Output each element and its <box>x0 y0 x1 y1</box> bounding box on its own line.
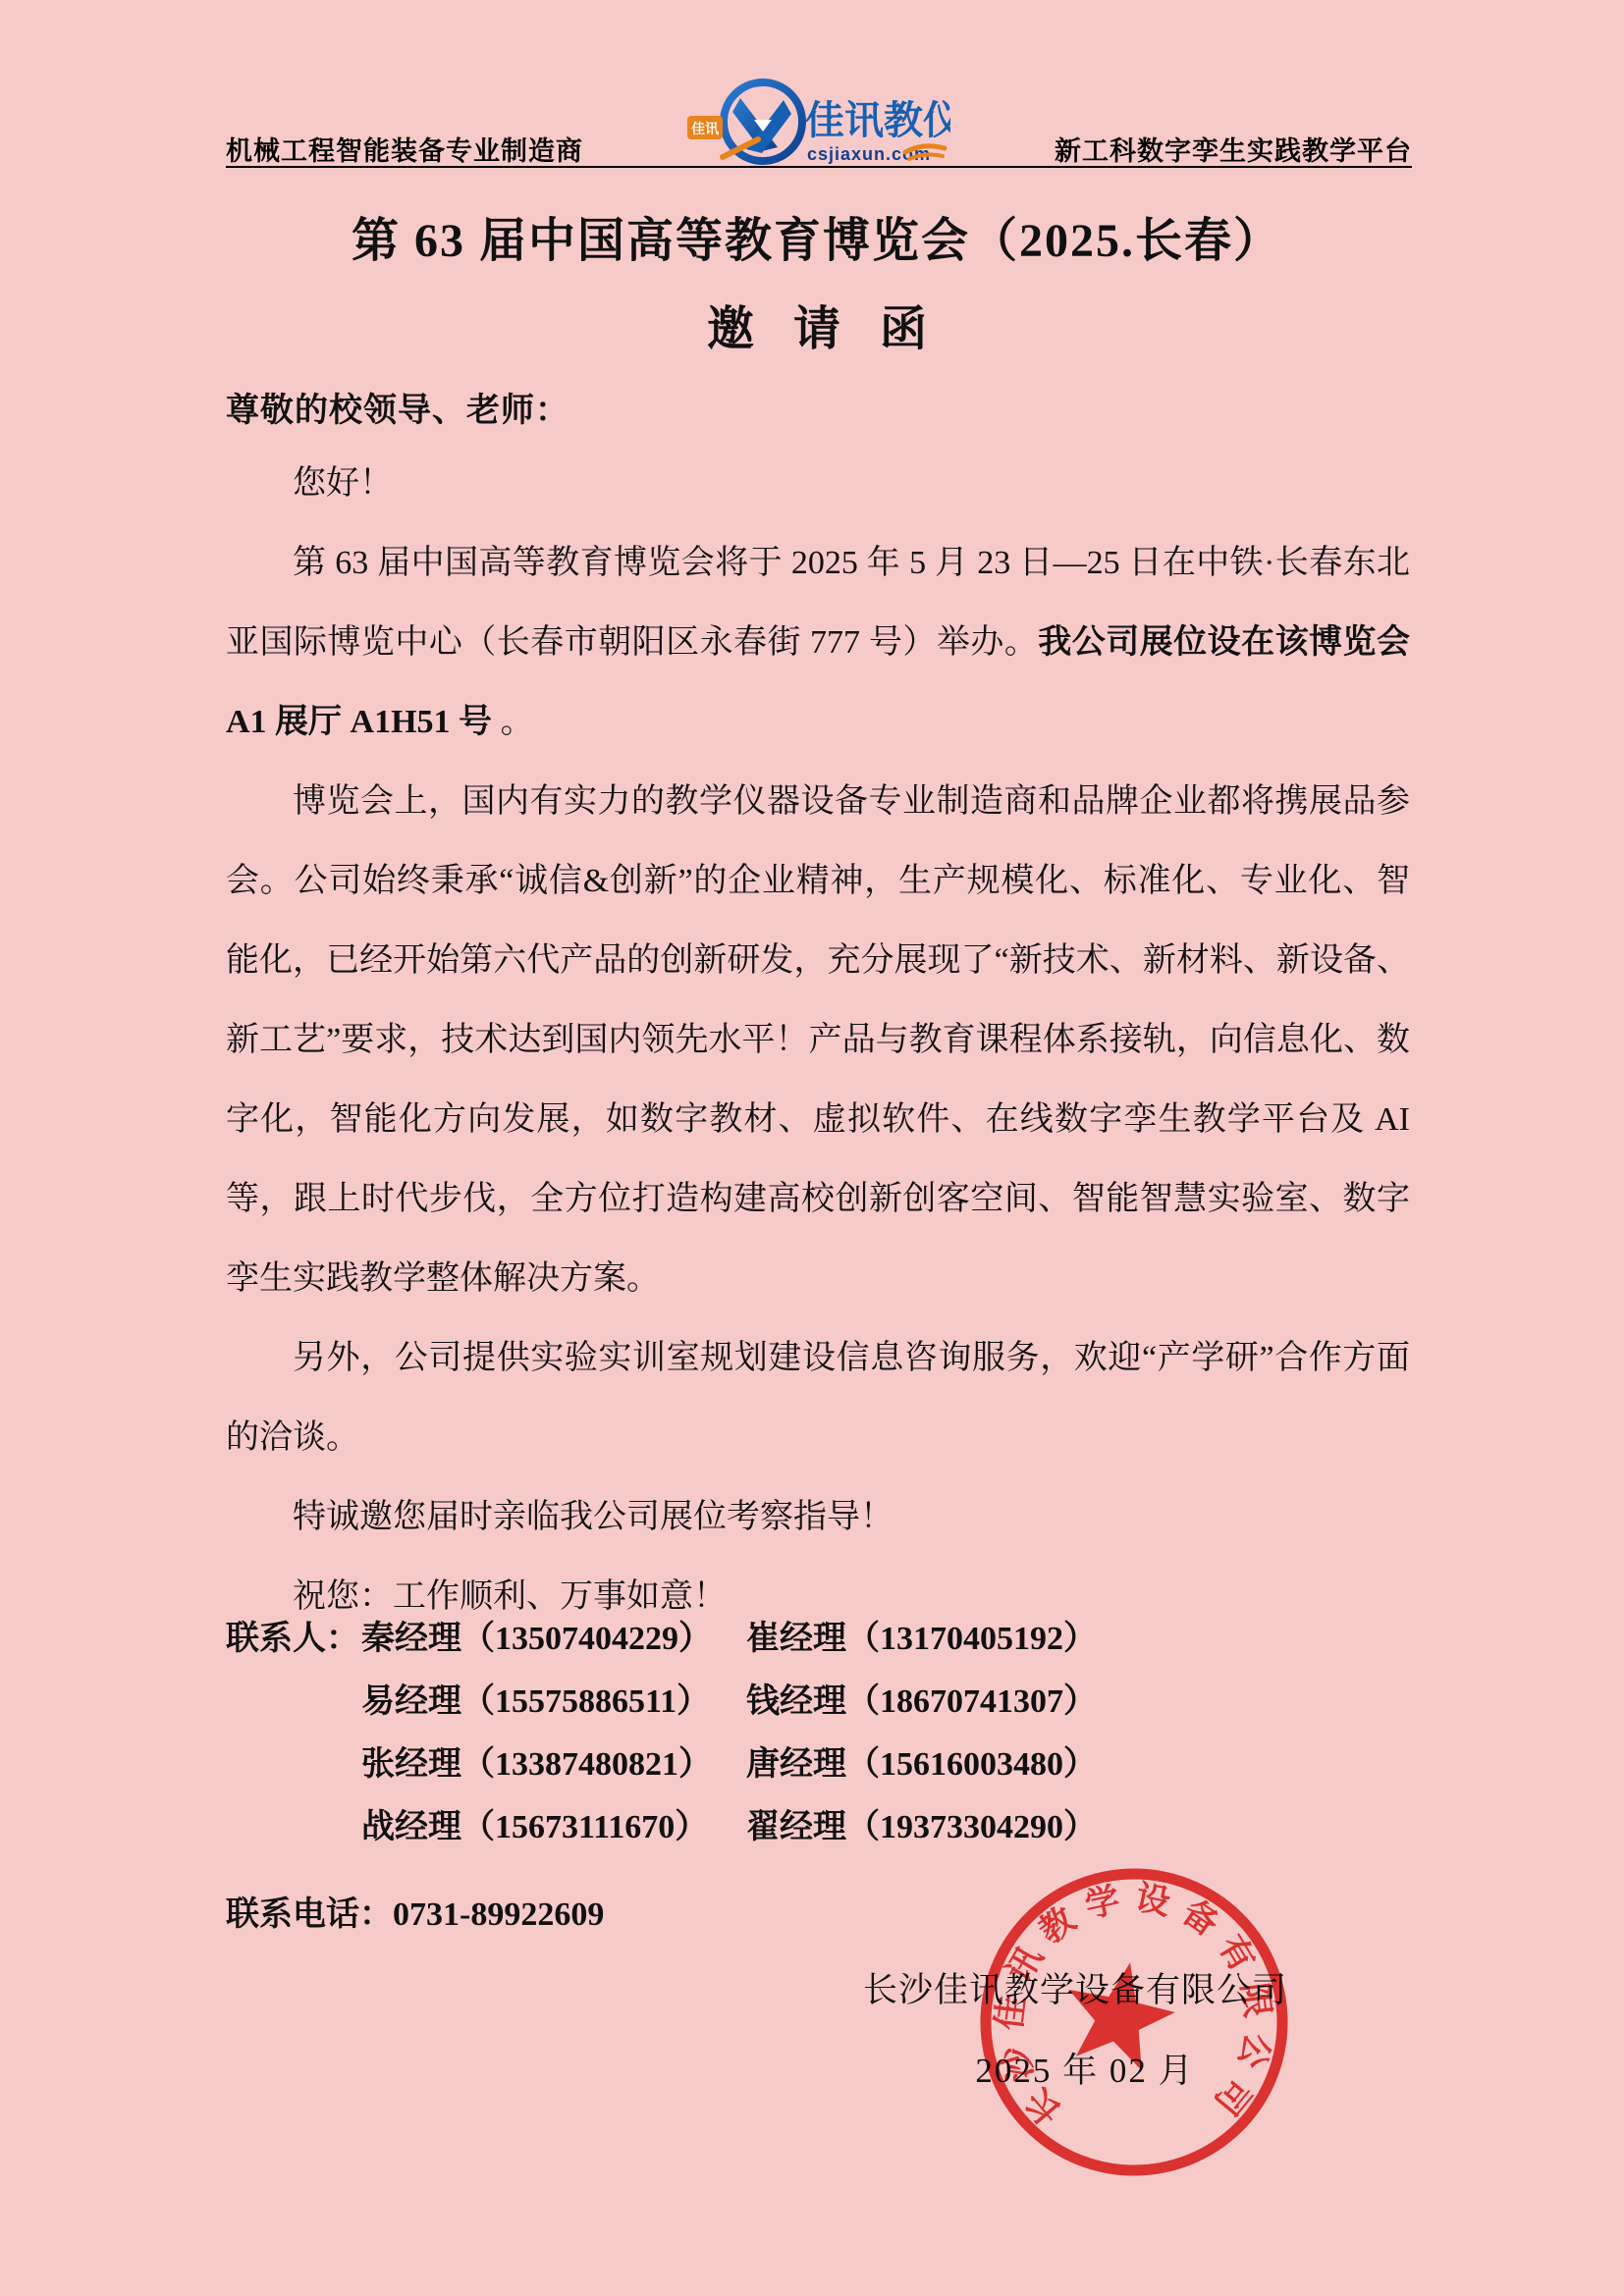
contact-person: 战经理（15673111670） <box>361 1796 746 1859</box>
paragraph: 另外，公司提供实验实训室规划建设信息咨询服务，欢迎“产学研”合作方面的洽谈。 <box>226 1318 1410 1477</box>
letter-body: 您好！第 63 届中国高等教育博览会将于 2025 年 5 月 23 日—25 … <box>226 444 1410 1636</box>
contact-person: 张经理（13387480821） <box>361 1734 746 1796</box>
contact-person: 崔经理（13170405192） <box>746 1608 1097 1671</box>
paragraph-run: 另外，公司提供实验实训室规划建设信息咨询服务，欢迎“产学研”合作方面的洽谈。 <box>226 1340 1410 1456</box>
company-seal-stamp: 长沙佳讯教学设备有限公司 <box>967 1855 1301 2189</box>
contact-person: 钱经理（18670741307） <box>746 1671 1097 1734</box>
contact-person: 易经理（15575886511） <box>361 1671 746 1734</box>
contact-person: 唐经理（15616003480） <box>746 1734 1097 1796</box>
contact-row: 张经理（13387480821）唐经理（15616003480） <box>226 1734 1410 1796</box>
phone-number: 0731-89922609 <box>393 1896 604 1933</box>
header-right-slogan: 新工科数字孪生实践教学平台 <box>1055 130 1412 168</box>
company-logo: 佳讯 佳讯教仪 csjiaxun.com <box>685 69 950 169</box>
document-title: 第 63 届中国高等教育博览会（2025.长春） <box>226 202 1408 270</box>
contact-row: 联系人：秦经理（13507404229）崔经理（13170405192） <box>226 1608 1410 1671</box>
paragraph-run: 博览会上，国内有实力的教学仪器设备专业制造商和品牌企业都将携展品参会。公司始终秉… <box>226 783 1410 1297</box>
contacts-label <box>226 1671 361 1734</box>
invitation-letter-page: 机械工程智能装备专业制造商 新工科数字孪生实践教学平台 佳讯 佳讯教仪 csji… <box>0 0 1624 2296</box>
logo-badge-text: 佳讯 <box>691 121 720 136</box>
paragraph: 第 63 届中国高等教育博览会将于 2025 年 5 月 23 日—25 日在中… <box>226 523 1410 762</box>
contact-row: 战经理（15673111670）翟经理（19373304290） <box>226 1796 1410 1859</box>
paragraph: 博览会上，国内有实力的教学仪器设备专业制造商和品牌企业都将携展品参会。公司始终秉… <box>226 762 1410 1318</box>
contacts-label: 联系人： <box>226 1608 361 1671</box>
paragraph-run: 您好！ <box>293 465 393 502</box>
paragraph-run: 。 <box>492 704 534 740</box>
salutation: 尊敬的校领导、老师： <box>226 383 569 431</box>
logo-badge: 佳讯 <box>687 116 723 139</box>
paragraph: 您好！ <box>226 444 1410 523</box>
phone-line: 联系电话：0731-89922609 <box>226 1887 604 1935</box>
contact-person: 秦经理（13507404229） <box>361 1608 746 1671</box>
contacts-label <box>226 1734 361 1796</box>
seal-star-icon <box>1056 1951 1183 2075</box>
contact-person: 翟经理（19373304290） <box>746 1796 1097 1859</box>
logo-ring-mark-icon <box>723 82 802 161</box>
logo-brand-name: 佳讯教仪 <box>805 99 950 142</box>
paragraph: 特诚邀您届时亲临我公司展位考察指导！ <box>226 1477 1410 1557</box>
contact-row: 易经理（15575886511）钱经理（18670741307） <box>226 1671 1410 1734</box>
phone-label: 联系电话： <box>226 1896 393 1933</box>
contacts-label <box>226 1796 361 1859</box>
header-left-slogan: 机械工程智能装备专业制造商 <box>226 130 583 168</box>
document-subtitle: 邀请函 <box>226 291 1408 358</box>
paragraph-run: 特诚邀您届时亲临我公司展位考察指导！ <box>293 1499 893 1535</box>
contacts-block: 联系人：秦经理（13507404229）崔经理（13170405192）易经理（… <box>226 1608 1410 1859</box>
